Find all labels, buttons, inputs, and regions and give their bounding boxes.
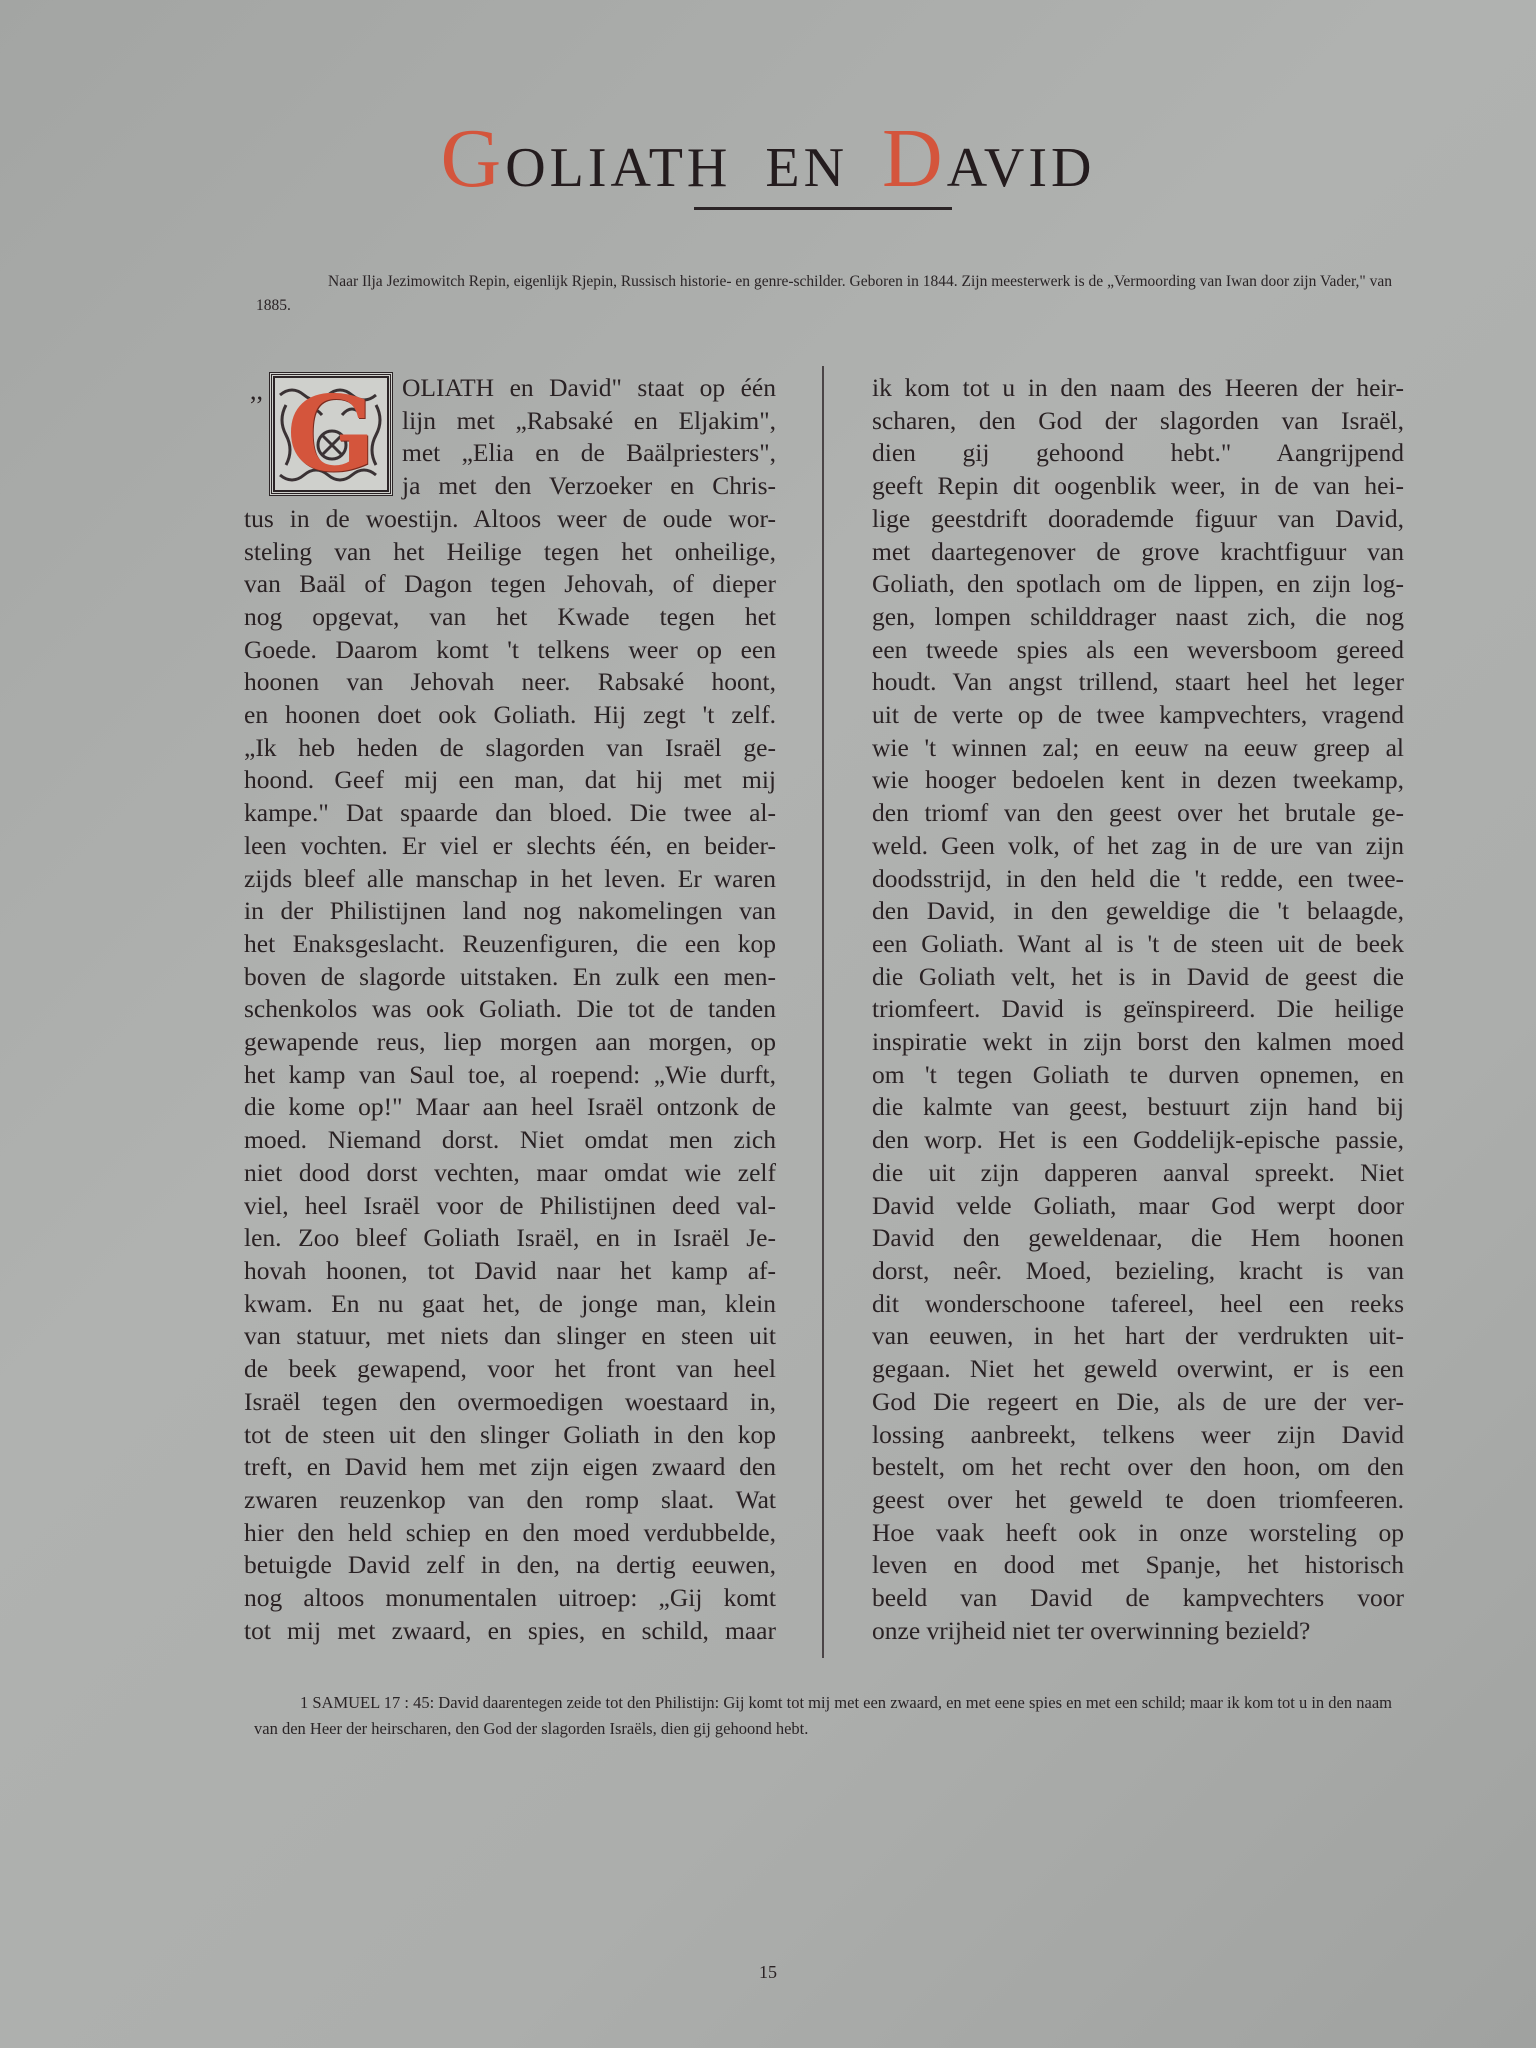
text-line: de beek gewapend, voor het front van hee… bbox=[244, 1353, 776, 1386]
text-line: Hoe vaak heeft ook in onze worsteling op bbox=[872, 1517, 1404, 1550]
text-line: doodsstrijd, in den held die 't redde, e… bbox=[872, 863, 1404, 896]
text-line: gegaan. Niet het geweld overwint, er is … bbox=[872, 1353, 1404, 1386]
text-line: met „Elia en de Baälpriesters", bbox=[244, 437, 776, 470]
text-line: hovah hoonen, tot David naar het kamp af… bbox=[244, 1255, 776, 1288]
text-line: om 't tegen Goliath te durven opnemen, e… bbox=[872, 1059, 1404, 1092]
text-line: David den geweldenaar, die Hem hoonen bbox=[872, 1222, 1404, 1255]
text-line: kampe." Dat spaarde dan bloed. Die twee … bbox=[244, 797, 776, 830]
text-line: nog opgevat, van het Kwade tegen het bbox=[244, 601, 776, 634]
text-line: geeft Repin dit oogenblik weer, in de va… bbox=[872, 470, 1404, 503]
title-initial-d: D bbox=[882, 112, 947, 205]
title-word-david: AVID bbox=[947, 137, 1096, 199]
text-line: die uit zijn dapperen aanval spreekt. Ni… bbox=[872, 1157, 1404, 1190]
text-line: een Goliath. Want al is 't de steen uit … bbox=[872, 928, 1404, 961]
text-line: kwam. En nu gaat het, de jonge man, klei… bbox=[244, 1288, 776, 1321]
text-line: ja met den Verzoeker en Chris- bbox=[244, 470, 776, 503]
text-line: Goliath, den spotlach om de lippen, en z… bbox=[872, 568, 1404, 601]
text-line: dit wonderschoone tafereel, heel een ree… bbox=[872, 1288, 1404, 1321]
page-title: GOLIATHENDAVID bbox=[0, 110, 1536, 207]
text-line: hier den held schiep en den moed verdubb… bbox=[244, 1517, 776, 1550]
footnote-text: 1 SAMUEL 17 : 45: David daarentegen zeid… bbox=[254, 1690, 1392, 1742]
text-line: lossing aanbreekt, telkens weer zijn Dav… bbox=[872, 1419, 1404, 1452]
text-line: triomfeert. David is geïnspireerd. Die h… bbox=[872, 993, 1404, 1026]
text-line: inspiratie wekt in zijn borst den kalmen… bbox=[872, 1026, 1404, 1059]
text-line: treft, en David hem met zijn eigen zwaar… bbox=[244, 1451, 776, 1484]
text-line: die kalmte van geest, bestuurt zijn hand… bbox=[872, 1091, 1404, 1124]
text-line: houdt. Van angst trillend, staart heel h… bbox=[872, 666, 1404, 699]
right-column: ik kom tot u in den naam des Heeren der … bbox=[872, 372, 1404, 1647]
book-page: GOLIATHENDAVID Naar Ilja Jezimowitch Rep… bbox=[0, 0, 1536, 2048]
intro-caption: Naar Ilja Jezimowitch Repin, eigenlijk R… bbox=[256, 270, 1392, 318]
text-line: gen, lompen schilddrager naast zich, die… bbox=[872, 601, 1404, 634]
text-line: die Goliath velt, het is in David de gee… bbox=[872, 961, 1404, 994]
text-line: viel, heel Israël voor de Philistijnen d… bbox=[244, 1190, 776, 1223]
text-line: van eeuwen, in het hart der verdrukten u… bbox=[872, 1320, 1404, 1353]
text-line: onze vrijheid niet ter overwinning bezie… bbox=[872, 1615, 1404, 1648]
text-line: geest over het geweld te doen triomfeere… bbox=[872, 1484, 1404, 1517]
text-line: Goede. Daarom komt 't telkens weer op ee… bbox=[244, 634, 776, 667]
text-line: lige geestdrift doorademde figuur van Da… bbox=[872, 503, 1404, 536]
text-line: met daartegenover de grove krachtfiguur … bbox=[872, 536, 1404, 569]
text-line: zwaren reuzenkop van den romp slaat. Wat bbox=[244, 1484, 776, 1517]
text-line: wie 't winnen zal; en eeuw na eeuw greep… bbox=[872, 732, 1404, 765]
text-line: van statuur, met niets dan slinger en st… bbox=[244, 1320, 776, 1353]
text-line: wie hooger bedoelen kent in dezen tweeka… bbox=[872, 764, 1404, 797]
text-line: nog altoos monumentalen uitroep: „Gij ko… bbox=[244, 1582, 776, 1615]
text-line: dorst, neêr. Moed, bezieling, kracht is … bbox=[872, 1255, 1404, 1288]
left-column: OLIATH en David" staat op één lijn met „… bbox=[244, 372, 776, 1647]
text-line: en hoonen doet ook Goliath. Hij zegt 't … bbox=[244, 699, 776, 732]
text-line: uit de verte op de twee kampvechters, vr… bbox=[872, 699, 1404, 732]
text-line: een tweede spies als een weversboom gere… bbox=[872, 634, 1404, 667]
text-line: Israël tegen den overmoedigen woestaard … bbox=[244, 1386, 776, 1419]
text-line: den David, in den geweldige die 't belaa… bbox=[872, 895, 1404, 928]
text-line: bestelt, om het recht over den hoon, om … bbox=[872, 1451, 1404, 1484]
text-line: „Ik heb heden de slagorden van Israël ge… bbox=[244, 732, 776, 765]
text-line: van Baäl of Dagon tegen Jehovah, of diep… bbox=[244, 568, 776, 601]
text-line: weld. Geen volk, of het zag in de ure va… bbox=[872, 830, 1404, 863]
page-number: 15 bbox=[0, 1962, 1536, 1983]
text-line: die kome op!" Maar aan heel Israël ontzo… bbox=[244, 1091, 776, 1124]
text-line: leven en dood met Spanje, het historisch bbox=[872, 1549, 1404, 1582]
text-line: steling van het Heilige tegen het onheil… bbox=[244, 536, 776, 569]
footnote: 1 SAMUEL 17 : 45: David daarentegen zeid… bbox=[254, 1690, 1392, 1742]
title-word-goliath: OLIATH bbox=[505, 137, 731, 199]
title-rule-divider bbox=[694, 207, 952, 210]
text-line: leen vochten. Er viel er slechts één, en… bbox=[244, 830, 776, 863]
text-line: gewapende reus, liep morgen aan morgen, … bbox=[244, 1026, 776, 1059]
text-line: tus in de woestijn. Altoos weer de oude … bbox=[244, 503, 776, 536]
text-line: moed. Niemand dorst. Niet omdat men zich bbox=[244, 1124, 776, 1157]
text-line: beeld van David de kampvechters voor bbox=[872, 1582, 1404, 1615]
text-line: God Die regeert en Die, als de ure der v… bbox=[872, 1386, 1404, 1419]
text-line: hoond. Geef mij een man, dat hij met mij bbox=[244, 764, 776, 797]
text-line: len. Zoo bleef Goliath Israël, en in Isr… bbox=[244, 1222, 776, 1255]
text-line: ik kom tot u in den naam des Heeren der … bbox=[872, 372, 1404, 405]
text-line: het kamp van Saul toe, al roepend: „Wie … bbox=[244, 1059, 776, 1092]
text-line: zijds bleef alle manschap in het leven. … bbox=[244, 863, 776, 896]
intro-text: Naar Ilja Jezimowitch Repin, eigenlijk R… bbox=[256, 270, 1392, 318]
title-word-en: EN bbox=[765, 137, 848, 199]
text-line: boven de slagorde uitstaken. En zulk een… bbox=[244, 961, 776, 994]
text-line: OLIATH en David" staat op één bbox=[244, 372, 776, 405]
column-divider bbox=[822, 366, 824, 1658]
title-initial-g: G bbox=[441, 112, 506, 205]
text-line: scharen, den God der slagorden van Israë… bbox=[872, 405, 1404, 438]
text-line: betuigde David zelf in den, na dertig ee… bbox=[244, 1549, 776, 1582]
text-line: den worp. Het is een Goddelijk-epische p… bbox=[872, 1124, 1404, 1157]
text-line: tot de steen uit den slinger Goliath in … bbox=[244, 1419, 776, 1452]
text-line: schenkolos was ook Goliath. Die tot de t… bbox=[244, 993, 776, 1026]
text-line: David velde Goliath, maar God werpt door bbox=[872, 1190, 1404, 1223]
text-line: lijn met „Rabsaké en Eljakim", bbox=[244, 405, 776, 438]
text-line: in der Philistijnen land nog nakomelinge… bbox=[244, 895, 776, 928]
text-line: tot mij met zwaard, en spies, en schild,… bbox=[244, 1615, 776, 1648]
text-line: hoonen van Jehovah neer. Rabsaké hoont, bbox=[244, 666, 776, 699]
text-line: den triomf van den geest over het brutal… bbox=[872, 797, 1404, 830]
text-line: dien gij gehoond hebt." Aangrijpend bbox=[872, 437, 1404, 470]
text-line: het Enaksgeslacht. Reuzenfiguren, die ee… bbox=[244, 928, 776, 961]
text-line: niet dood dorst vechten, maar omdat wie … bbox=[244, 1157, 776, 1190]
